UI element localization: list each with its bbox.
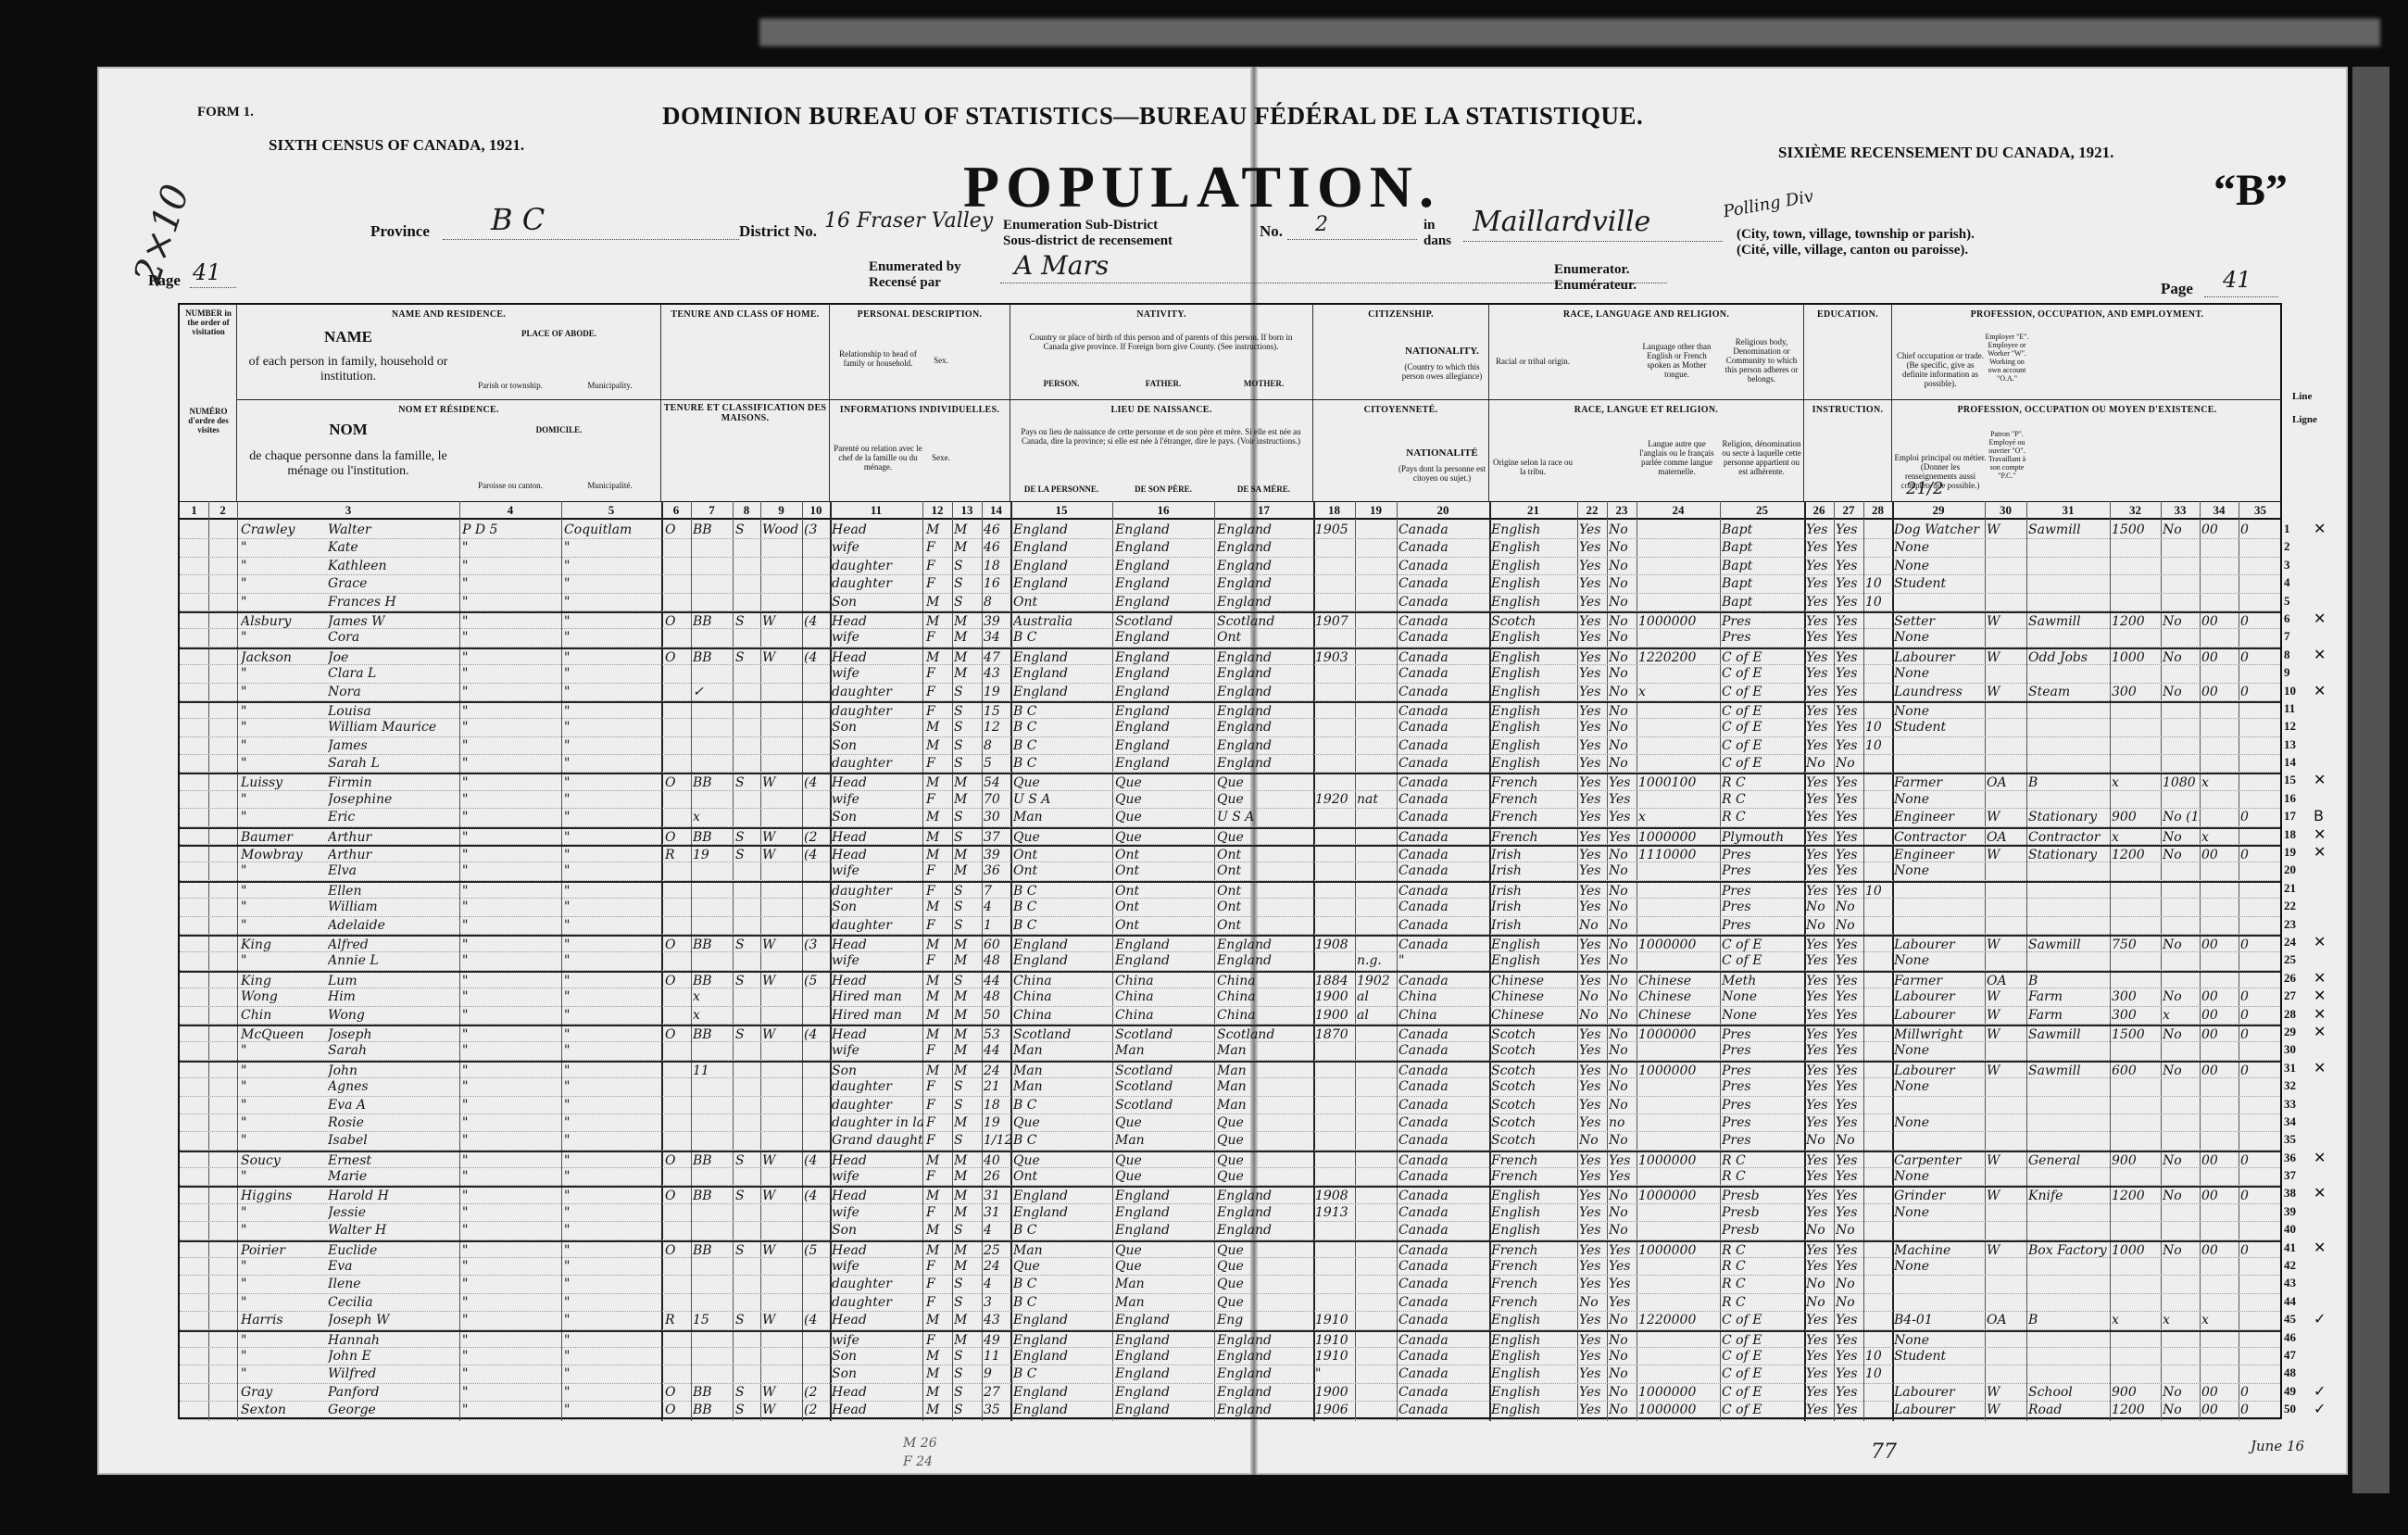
table-row: "Isabel""Grand daughterFS1/12B CManQueCa…: [180, 1132, 2280, 1150]
cell-c9: [762, 737, 802, 755]
cell-eng: Yes: [1579, 594, 1607, 611]
cell-occ: Labourer: [1894, 988, 1985, 1006]
cell-muni: ": [564, 613, 661, 631]
cell-muni: ": [564, 1365, 661, 1383]
cell-nationality: Canada: [1398, 883, 1489, 900]
cell-given: Joe: [328, 649, 458, 667]
cell-c6: O: [665, 937, 691, 954]
cell-mob: Ont: [1217, 917, 1313, 935]
cell-emp: [1987, 899, 2026, 916]
cell-nat: [1357, 684, 1397, 701]
cell-muni: ": [564, 1384, 661, 1402]
cell-imm: [1315, 684, 1355, 701]
cell-c8: S: [735, 829, 760, 847]
cell-unemp: No: [2163, 684, 2200, 701]
cell-origin: Irish: [1491, 862, 1577, 880]
cell-fr: No: [1609, 952, 1637, 970]
cell-tongue: [1638, 1365, 1720, 1383]
cell-read: Yes: [1806, 809, 1834, 826]
cell-c6: [665, 899, 691, 916]
cell-school: 10: [1865, 883, 1892, 900]
cell-imm: [1315, 539, 1355, 557]
cell-tongue: [1638, 1348, 1720, 1365]
cell-wk2: 0: [2240, 809, 2282, 826]
form-label: FORM 1.: [197, 105, 254, 120]
cell-wks: [2201, 719, 2239, 736]
cell-pob: B C: [1013, 1132, 1112, 1150]
cell-where: Sawmill: [2028, 1026, 2110, 1044]
page-number-right: 41: [2223, 267, 2251, 293]
cell-read: Yes: [1806, 539, 1834, 557]
check-mark-icon: ✕: [2314, 1023, 2341, 1040]
cell-mob: England: [1217, 1332, 1313, 1350]
cell-c6: [665, 558, 691, 575]
cell-eng: Yes: [1579, 1114, 1607, 1132]
cell-wk2: [2240, 1168, 2282, 1186]
cell-imm: [1315, 774, 1355, 792]
cell-given: Euclide: [328, 1242, 458, 1260]
cell-nationality: Canada: [1398, 539, 1489, 557]
check-mark-icon: [2314, 879, 2341, 897]
cell-c8: [735, 629, 760, 647]
cell-fob: England: [1115, 755, 1214, 773]
cell-origin: French: [1491, 1258, 1577, 1276]
cell-earn: [2112, 791, 2161, 809]
cell-earn: [2112, 558, 2161, 575]
cell-pob: China: [1013, 973, 1112, 990]
cell-origin: English: [1491, 594, 1577, 611]
cell-where: [2028, 1258, 2110, 1276]
cell-occ: None: [1894, 558, 1985, 575]
cell-read: Yes: [1806, 1402, 1834, 1419]
cell-c9: W: [762, 1312, 802, 1329]
cell-earn: [2112, 1204, 2161, 1222]
cell-cond: M: [954, 539, 982, 557]
cell-fob: England: [1115, 737, 1214, 755]
cell-fr: No: [1609, 613, 1637, 631]
cell-c10: (5: [804, 973, 830, 990]
line-number: 9: [2284, 663, 2312, 681]
cell-parish: ": [462, 1168, 559, 1186]
table-row: "Sarah L""daughterFS5B CEnglandEnglandCa…: [180, 755, 2280, 773]
cell-tongue: [1638, 665, 1720, 683]
check-mark-icon: [2314, 1202, 2341, 1220]
cell-age: 35: [984, 1402, 1010, 1419]
cell-where: [2028, 558, 2110, 575]
cell-given: Wong: [328, 1007, 458, 1025]
cell-rel: wife: [832, 629, 922, 647]
cell-write: Yes: [1836, 1063, 1863, 1080]
cell-imm: 1900: [1315, 1007, 1355, 1025]
cell-earn: [2112, 755, 2161, 773]
cell-school: [1865, 1114, 1892, 1132]
cell-c10: [804, 1204, 830, 1222]
cell-cond: M: [954, 1168, 982, 1186]
cell-c10: [804, 862, 830, 880]
dans-label: dans: [1423, 233, 1451, 249]
line-number: 23: [2284, 915, 2312, 933]
cell-earn: [2112, 1332, 2161, 1350]
cell-rel-body: C of E: [1722, 737, 1804, 755]
cell-nat: [1357, 1384, 1397, 1402]
cell-sex: F: [926, 1276, 952, 1293]
cell-c8: [735, 665, 760, 683]
cell-wk2: [2240, 829, 2282, 847]
cell-fob: Ont: [1115, 862, 1214, 880]
cell-given: Hannah: [328, 1332, 458, 1350]
cell-rel-body: Pres: [1722, 1042, 1804, 1060]
cell-fr: No: [1609, 1132, 1637, 1150]
cell-mob: Que: [1217, 1276, 1313, 1293]
cell-age: 48: [984, 988, 1010, 1006]
cell-emp: W: [1987, 649, 2026, 667]
cell-where: [2028, 1078, 2110, 1096]
cell-imm: [1315, 809, 1355, 826]
cell-parish: ": [462, 1348, 559, 1365]
cell-c6: [665, 1168, 691, 1186]
cell-sex: M: [926, 522, 952, 539]
cell-nat: [1357, 829, 1397, 847]
cell-nationality: Canada: [1398, 1063, 1489, 1080]
cell-pob: England: [1013, 952, 1112, 970]
cell-where: B: [2028, 1312, 2110, 1329]
cell-cond: M: [954, 613, 982, 631]
cell-where: [2028, 883, 2110, 900]
cell-c9: [762, 809, 802, 826]
cell-fr: No: [1609, 1222, 1637, 1239]
cell-unemp: [2163, 1348, 2200, 1365]
cell-read: No: [1806, 899, 1834, 916]
line-number: 10: [2284, 682, 2312, 699]
cell-nat: [1357, 737, 1397, 755]
cell-age: 46: [984, 539, 1010, 557]
cell-c9: [762, 1222, 802, 1239]
cell-unemp: 1080: [2163, 774, 2200, 792]
cell-given: Ellen: [328, 883, 458, 900]
cell-emp: [1987, 1365, 2026, 1383]
cell-fr: No: [1609, 649, 1637, 667]
cell-rel-body: Pres: [1722, 917, 1804, 935]
cell-mob: Que: [1217, 1114, 1313, 1132]
check-mark-icon: ✓: [2314, 1382, 2341, 1400]
cell-imm: [1315, 1222, 1355, 1239]
cell-unemp: [2163, 1294, 2200, 1312]
cell-age: 44: [984, 1042, 1010, 1060]
check-mark-icon: [2314, 1130, 2341, 1148]
cell-imm: [1315, 1242, 1355, 1260]
cell-read: Yes: [1806, 522, 1834, 539]
line-number: 43: [2284, 1274, 2312, 1291]
cell-rel-body: Presb: [1722, 1222, 1804, 1239]
cell-eng: Yes: [1579, 1188, 1607, 1205]
cell-c9: [762, 575, 802, 593]
cell-given: Louisa: [328, 703, 458, 721]
cell-cond: M: [954, 1242, 982, 1260]
cell-wks: [2201, 629, 2239, 647]
cell-occ: Farmer: [1894, 973, 1985, 990]
cell-origin: French: [1491, 809, 1577, 826]
cell-nationality: Canada: [1398, 665, 1489, 683]
cell-read: Yes: [1806, 937, 1834, 954]
cell-where: [2028, 1204, 2110, 1222]
cell-age: 31: [984, 1204, 1010, 1222]
cell-rel: Son: [832, 719, 922, 736]
cell-emp: [1987, 539, 2026, 557]
subdistrict-no-label: No.: [1260, 222, 1283, 241]
cell-unemp: x: [2163, 1312, 2200, 1329]
line-number: 1: [2284, 520, 2312, 537]
cell-read: Yes: [1806, 575, 1834, 593]
cell-earn: 1500: [2112, 522, 2161, 539]
cell-c10: [804, 1222, 830, 1239]
cell-write: Yes: [1836, 558, 1863, 575]
cell-occ: Contractor: [1894, 829, 1985, 847]
cell-parish: ": [462, 1114, 559, 1132]
cell-c7: [693, 1348, 733, 1365]
cell-nat: [1357, 809, 1397, 826]
cell-c7: 11: [693, 1063, 733, 1080]
cell-rel-body: Presb: [1722, 1188, 1804, 1205]
table-row: "William Maurice""SonMS12B CEnglandEngla…: [180, 719, 2280, 736]
cell-c10: [804, 703, 830, 721]
cell-c9: [762, 594, 802, 611]
cell-earn: 1500: [2112, 1026, 2161, 1044]
cell-occ: None: [1894, 629, 1985, 647]
cell-muni: ": [564, 847, 661, 864]
cell-mob: Que: [1217, 829, 1313, 847]
cell-emp: [1987, 1114, 2026, 1132]
cell-c10: (2: [804, 829, 830, 847]
cell-c6: [665, 1063, 691, 1080]
cell-c6: [665, 1258, 691, 1276]
cell-c10: [804, 809, 830, 826]
cell-pob: Australia: [1013, 613, 1112, 631]
line-number: 42: [2284, 1256, 2312, 1274]
cell-rel-body: C of E: [1722, 1384, 1804, 1402]
cell-occ: [1894, 1294, 1985, 1312]
cell-pob: England: [1013, 665, 1112, 683]
cell-nationality: ": [1398, 952, 1489, 970]
cell-school: [1865, 1026, 1892, 1044]
cell-occ: [1894, 594, 1985, 611]
cell-c8: [735, 1097, 760, 1114]
cell-pob: Man: [1013, 1078, 1112, 1096]
cell-wk2: 0: [2240, 988, 2282, 1006]
cell-rel: wife: [832, 1332, 922, 1350]
cell-c10: [804, 1332, 830, 1350]
check-mark-icon: ✕: [2314, 610, 2341, 627]
cell-c8: [735, 1222, 760, 1239]
cell-sex: M: [926, 829, 952, 847]
cell-earn: [2112, 703, 2161, 721]
cell-occ: Labourer: [1894, 937, 1985, 954]
cell-eng: Yes: [1579, 1348, 1607, 1365]
line-number: 17: [2284, 807, 2312, 824]
cell-wk2: [2240, 1312, 2282, 1329]
enumerator-label-fr: Enumérateur.: [1554, 278, 1637, 294]
cell-unemp: [2163, 862, 2200, 880]
cell-fr: no: [1609, 1114, 1637, 1132]
cell-where: [2028, 1294, 2110, 1312]
cell-given: Arthur: [328, 847, 458, 864]
cell-parish: ": [462, 917, 559, 935]
cell-age: 24: [984, 1063, 1010, 1080]
table-row: "Jessie""wifeFM31EnglandEnglandEngland19…: [180, 1204, 2280, 1222]
cell-fob: Que: [1115, 1258, 1214, 1276]
line-number: 22: [2284, 897, 2312, 914]
cell-nat: [1357, 1402, 1397, 1419]
cell-pob: Man: [1013, 1063, 1112, 1080]
line-number: 18: [2284, 825, 2312, 843]
cell-rel: daughter: [832, 575, 922, 593]
cell-origin: Scotch: [1491, 1063, 1577, 1080]
cell-cond: M: [954, 1042, 982, 1060]
table-row: SoucyErnest""OBBSW(4HeadMM40QueQueQueCan…: [180, 1151, 2280, 1168]
cell-wks: [2201, 1294, 2239, 1312]
cell-c8: S: [735, 613, 760, 631]
cell-c10: [804, 1258, 830, 1276]
cell-write: Yes: [1836, 862, 1863, 880]
cell-nat: nat: [1357, 791, 1397, 809]
cell-school: [1865, 1294, 1892, 1312]
cell-unemp: No: [2163, 613, 2200, 631]
cell-origin: French: [1491, 1276, 1577, 1293]
cell-given: Eric: [328, 809, 458, 826]
cell-emp: W: [1987, 937, 2026, 954]
cell-school: [1865, 1132, 1892, 1150]
cell-occ: Labourer: [1894, 1007, 1985, 1025]
cell-wks: [2201, 755, 2239, 773]
cell-muni: ": [564, 1132, 661, 1150]
cell-nat: [1357, 917, 1397, 935]
cell-rel: daughter: [832, 684, 922, 701]
cell-cond: M: [954, 1063, 982, 1080]
cell-given: Kate: [328, 539, 458, 557]
cell-sex: M: [926, 649, 952, 667]
cell-unemp: [2163, 1132, 2200, 1150]
cell-fr: No: [1609, 847, 1637, 864]
cell-origin: Scotch: [1491, 1097, 1577, 1114]
cell-school: [1865, 862, 1892, 880]
cell-mob: Que: [1217, 1168, 1313, 1186]
cell-muni: ": [564, 629, 661, 647]
cell-fob: Que: [1115, 774, 1214, 792]
check-mark-icon: ✕: [2314, 843, 2341, 861]
cell-c8: [735, 755, 760, 773]
cell-rel-body: R C: [1722, 1242, 1804, 1260]
cell-c7: [693, 1132, 733, 1150]
cell-cond: S: [954, 755, 982, 773]
cell-muni: ": [564, 1312, 661, 1329]
cell-nat: [1357, 1365, 1397, 1383]
cell-write: Yes: [1836, 1242, 1863, 1260]
cell-eng: Yes: [1579, 1078, 1607, 1096]
cell-mob: Scotland: [1217, 613, 1313, 631]
province-value: B C: [491, 202, 545, 237]
cell-imm: [1315, 1276, 1355, 1293]
cell-given: Isabel: [328, 1132, 458, 1150]
cell-imm: [1315, 719, 1355, 736]
cell-write: Yes: [1836, 829, 1863, 847]
cell-imm: 1870: [1315, 1026, 1355, 1044]
cell-fob: England: [1115, 1402, 1214, 1419]
cell-parish: ": [462, 1042, 559, 1060]
cell-fob: England: [1115, 575, 1214, 593]
cell-c8: [735, 1365, 760, 1383]
cell-rel-body: R C: [1722, 791, 1804, 809]
province-label: Province: [370, 222, 430, 241]
cell-read: Yes: [1806, 649, 1834, 667]
cell-c8: S: [735, 1242, 760, 1260]
cell-given: John E: [328, 1348, 458, 1365]
cell-origin: English: [1491, 522, 1577, 539]
check-mark-icon: [2314, 915, 2341, 933]
cell-unemp: No: [2163, 1242, 2200, 1260]
cell-fob: Que: [1115, 1242, 1214, 1260]
cell-fob: England: [1115, 522, 1214, 539]
cell-occ: None: [1894, 1078, 1985, 1096]
cell-rel-body: Pres: [1722, 613, 1804, 631]
cell-age: 70: [984, 791, 1010, 809]
cell-mob: China: [1217, 988, 1313, 1006]
cell-nationality: Canada: [1398, 1402, 1489, 1419]
cell-unemp: [2163, 952, 2200, 970]
cell-origin: English: [1491, 937, 1577, 954]
line-number: 21: [2284, 879, 2312, 897]
cell-rel: Head: [832, 847, 922, 864]
cell-imm: 1900: [1315, 1384, 1355, 1402]
cell-where: [2028, 1097, 2110, 1114]
cell-c6: [665, 1114, 691, 1132]
cell-mob: Que: [1217, 774, 1313, 792]
cell-c6: [665, 952, 691, 970]
cell-emp: W: [1987, 522, 2026, 539]
cell-nationality: Canada: [1398, 684, 1489, 701]
cell-eng: No: [1579, 988, 1607, 1006]
cell-fr: No: [1609, 1312, 1637, 1329]
cell-imm: [1315, 1152, 1355, 1170]
cell-c6: [665, 737, 691, 755]
cell-wks: 00: [2201, 649, 2239, 667]
cell-cond: S: [954, 1276, 982, 1293]
cell-nat: [1357, 1258, 1397, 1276]
cell-fob: England: [1115, 684, 1214, 701]
cell-rel-body: Pres: [1722, 629, 1804, 647]
cell-tongue: [1638, 791, 1720, 809]
cell-rel-body: R C: [1722, 809, 1804, 826]
cell-parish: ": [462, 1063, 559, 1080]
cell-eng: Yes: [1579, 755, 1607, 773]
cell-cond: M: [954, 791, 982, 809]
cell-parish: ": [462, 1132, 559, 1150]
cell-wks: 00: [2201, 1384, 2239, 1402]
cell-cond: M: [954, 629, 982, 647]
bureau-title: DOMINION BUREAU OF STATISTICS—BUREAU FÉD…: [662, 102, 1643, 131]
cell-pob: Que: [1013, 1114, 1112, 1132]
cell-cond: S: [954, 899, 982, 916]
cell-c9: [762, 1168, 802, 1186]
cell-cond: M: [954, 522, 982, 539]
cell-nationality: Canada: [1398, 1258, 1489, 1276]
cell-mob: England: [1217, 1365, 1313, 1383]
cell-nationality: Canada: [1398, 1078, 1489, 1096]
cell-pob: England: [1013, 1402, 1112, 1419]
cell-nat: [1357, 1312, 1397, 1329]
cell-emp: [1987, 1168, 2026, 1186]
cell-read: Yes: [1806, 988, 1834, 1006]
cell-rel: daughter: [832, 1276, 922, 1293]
cell-read: Yes: [1806, 1168, 1834, 1186]
